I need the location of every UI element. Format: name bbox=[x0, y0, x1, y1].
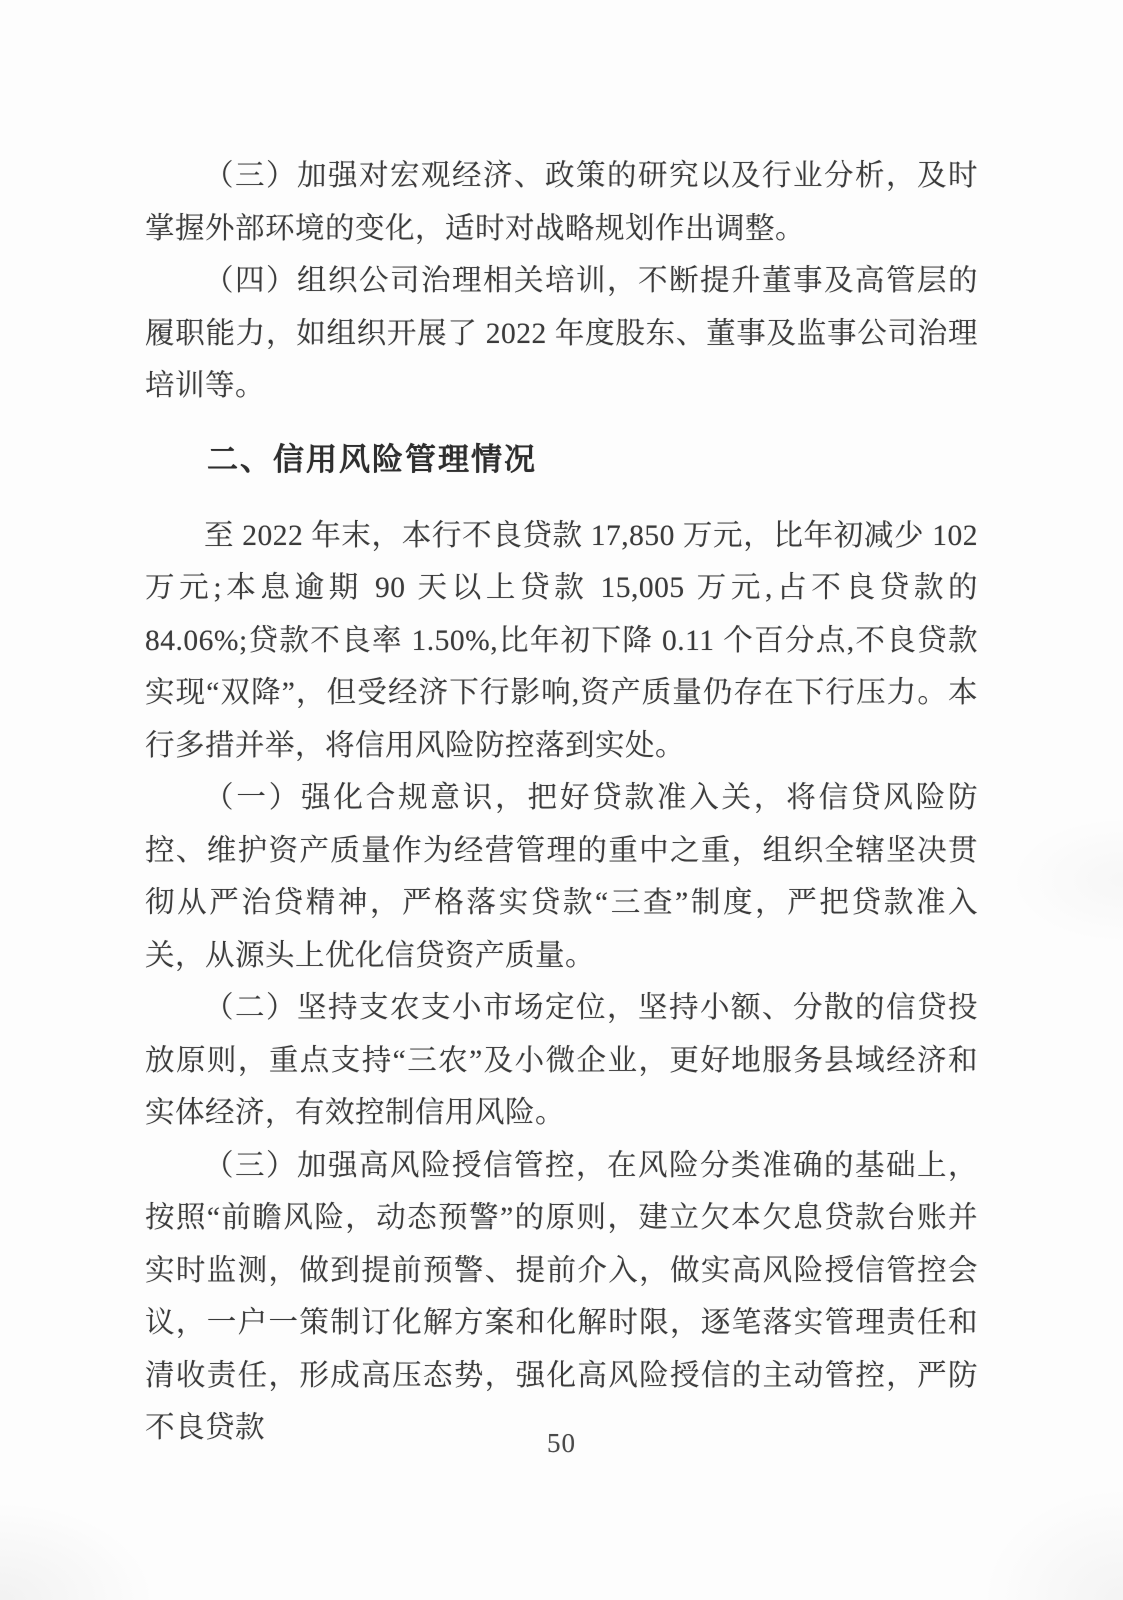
page-number: 50 bbox=[547, 1428, 576, 1458]
paragraph-credit-item-1: （一）强化合规意识，把好贷款准入关，将信贷风险防控、维护资产质量作为经营管理的重… bbox=[145, 772, 978, 982]
paragraph-credit-item-2: （二）坚持支农支小市场定位，坚持小额、分散的信贷投放原则，重点支持“三农”及小微… bbox=[145, 982, 978, 1140]
paragraph-credit-risk-overview: 至 2022 年末，本行不良贷款 17,850 万元，比年初减少 102 万元;… bbox=[145, 510, 978, 773]
document-page: （三）加强对宏观经济、政策的研究以及行业分析，及时掌握外部环境的变化，适时对战略… bbox=[0, 0, 1123, 1600]
paragraph-credit-item-3: （三）加强高风险授信管控，在风险分类准确的基础上，按照“前瞻风险，动态预警”的原… bbox=[145, 1140, 978, 1455]
page-footer: 50 bbox=[0, 1428, 1123, 1459]
document-body: （三）加强对宏观经济、政策的研究以及行业分析，及时掌握外部环境的变化，适时对战略… bbox=[145, 150, 978, 1455]
section-heading-credit-risk-management: 二、信用风险管理情况 bbox=[145, 434, 978, 486]
paragraph-governance-item-3: （三）加强对宏观经济、政策的研究以及行业分析，及时掌握外部环境的变化，适时对战略… bbox=[145, 150, 978, 255]
paragraph-governance-item-4: （四）组织公司治理相关培训，不断提升董事及高管层的履职能力，如组织开展了 202… bbox=[145, 255, 978, 413]
